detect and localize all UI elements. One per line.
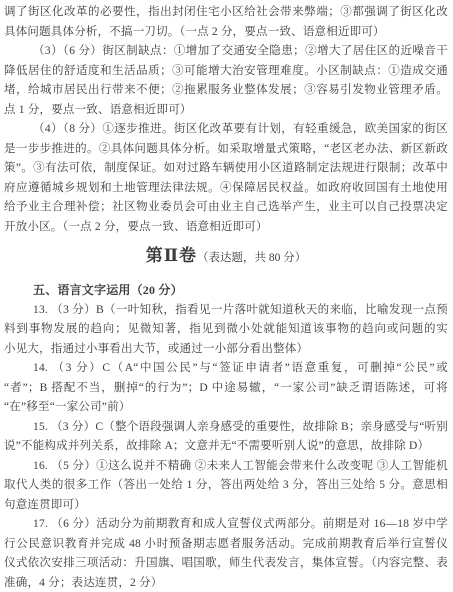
- text-line: 策”。③有法可依，制度保证。如对过路车辆使用小区道路制定法规进行限制；改革中政: [4, 159, 448, 179]
- text-line: 16. （5 分）①这么说并不精确 ②未来人工智能会带来什么改变呢 ③人工智能机…: [4, 457, 448, 477]
- text-line: 点 1 分，要点一致、语意相近即可）: [4, 101, 448, 121]
- text-line: 给予业主合理补偿；社区物业委员会可由业主自己选举产生，业主可以自己投票决定是否: [4, 198, 448, 218]
- text-line: 句意连贯即可）: [4, 496, 448, 516]
- text-line: 调了街区化改革的必要性，指出封闭住宅小区给社会带来弊端；③都强调了街区化改革要: [4, 3, 448, 23]
- text-line: 准确，4 分；表达连贯，2 分）: [4, 574, 448, 592]
- text-line: （4）（8 分）①逐步推进。街区化改革要有计划，有轻重缓急，欧美国家的街区化也: [4, 120, 448, 140]
- text-line: 取代人类的很多工作（答出一处给 1 分，答出两处给 3 分，答出三处给 5 分。…: [4, 476, 448, 496]
- text-line: 五、语言文字运用（20 分）: [4, 281, 448, 301]
- text-line: 13. （3 分）B（一叶知秋，指看见一片落叶就知道秋天的来临，比喻发现一点预兆…: [4, 301, 448, 321]
- text-line: 仪式依次安排三项活动：升国旗、唱国歌，师生代表发言，集体宣誓。（内容完整、表述: [4, 554, 448, 574]
- text-line: 是一步步推进的。②具体问题具体分析。如采取增量式策略，“老区老办法、新区新政: [4, 140, 448, 160]
- text-line: 开放小区。（一点 2 分，要点一致、语意相近即可）: [4, 218, 448, 238]
- text-line: 降低居住的舒适度和生活品质；③可能增大治安管理难度。小区制缺点：①造成交通拥: [4, 62, 448, 82]
- text-line: 17. （6 分）活动分为前期教育和成人宣誓仪式两部分。前期是对 16—18 岁…: [4, 515, 448, 535]
- text-line: 15. （3 分）C（整个语段强调人亲身感受的重要性，故排除 B；亲身感受与“听…: [4, 418, 448, 438]
- document-body: 调了街区化改革的必要性，指出封闭住宅小区给社会带来弊端；③都强调了街区化改革要具…: [4, 3, 448, 592]
- volume-heading: 第Ⅱ卷: [146, 246, 197, 265]
- text-line: 府应遵循城乡规划和土地管理法律法规。④保障居民权益。如政府收回国有土地使用权应: [4, 179, 448, 199]
- text-line: “在”移至“一家公司”前）: [4, 398, 448, 418]
- text-line: 堵，给城市居民出行带来不便；②拖累服务业整体发展；③容易引发物业管理矛盾。（一: [4, 81, 448, 101]
- section-title: 第Ⅱ卷（表达题，共 80 分）: [4, 243, 448, 269]
- text-line: 料到事物发展的趋向；见微知著，指见到微小处就能知道该事物的趋向或问题的实质；以: [4, 320, 448, 340]
- answer-key-page: 调了街区化改革的必要性，指出封闭住宅小区给社会带来弊端；③都强调了街区化改革要具…: [0, 0, 453, 592]
- text-line: （3）（6 分）街区制缺点：①增加了交通安全隐患；②增大了居住区的近噪音干扰，: [4, 42, 448, 62]
- text-line: “者”；B 搭配不当，删掉“的行为”；D 中途易辙，“一家公司”缺乏谓语陈述，可…: [4, 379, 448, 399]
- text-line: 14. （3 分）C（A“中国公民”与“签证申请者”语意重复，可删掉“公民”或: [4, 359, 448, 379]
- text-line: 说”不能构成并列关系，故排除 A；文意并无“不需要听别人说”的意思，故排除 D）: [4, 437, 448, 457]
- text-line: 小见大，指通过小事看出大节，或通过一小部分看出整体）: [4, 340, 448, 360]
- text-line: 具体问题具体分析，不搞一刀切。（一点 2 分，要点一致、语意相近即可）: [4, 23, 448, 43]
- text-line: 行公民意识教育并完成 48 小时预备期志愿者服务活动。完成前期教育后举行宣誓仪式…: [4, 535, 448, 555]
- volume-subheading: （表达题，共 80 分）: [197, 252, 306, 264]
